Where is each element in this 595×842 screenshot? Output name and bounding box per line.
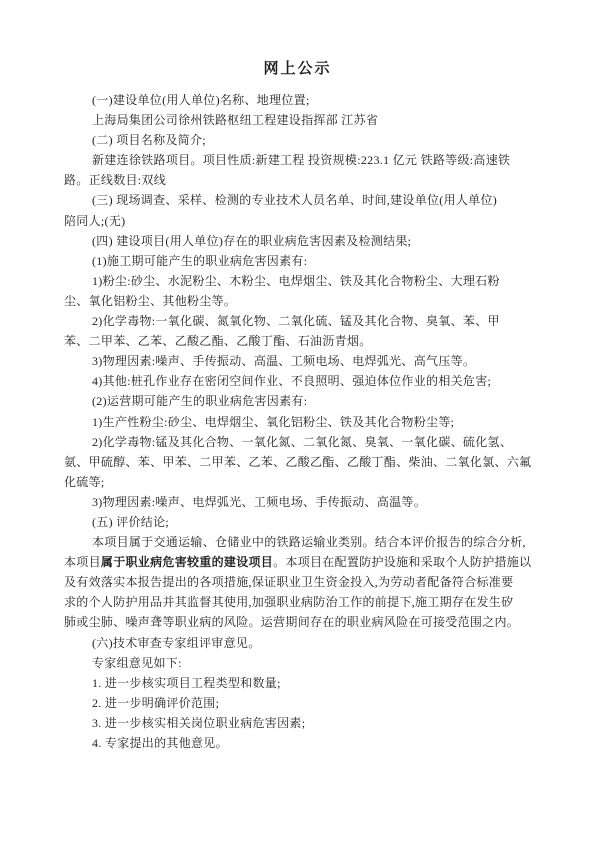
document-body: (一)建设单位(用人单位)名称、地理位置;上海局集团公司徐州铁路枢纽工程建设指挥… (64, 90, 536, 753)
text-run: 上海局集团公司徐州铁路枢纽工程建设指挥部 江苏省 (92, 113, 378, 127)
text-line: 苯、二甲苯、乙苯、乙酸乙酯、乙酸丁酯、石油沥青烟。 (64, 331, 536, 351)
text-run: (二) 项目名称及简介; (92, 133, 206, 147)
text-run: 陪同人;(无) (64, 214, 125, 228)
text-line: (二) 项目名称及简介; (64, 130, 536, 150)
text-run: 尘、氧化铝粉尘、其他粉尘等。 (64, 294, 236, 308)
text-run: (三) 现场调查、采样、检测的专业技术人员名单、时间,建设单位(用人单位) (92, 193, 497, 207)
text-line: 本项目属于交通运输、仓储业中的铁路运输业类别。结合本评价报告的综合分析, (64, 532, 536, 552)
text-line: 尘、氧化铝粉尘、其他粉尘等。 (64, 291, 536, 311)
text-run: (2)运营期可能产生的职业病危害因素有: (92, 394, 307, 408)
text-line: 3. 进一步核实相关岗位职业病危害因素; (64, 713, 536, 733)
text-run: 求的个人防护用品并其监督其使用,加强职业病防治工作的前提下,施工期存在发生矽 (64, 595, 513, 609)
text-run: 2. 进一步明确评价范围; (92, 696, 219, 710)
text-line: 及有效落实本报告提出的各项措施,保证职业卫生资金投入,为劳动者配备符合标准要 (64, 572, 536, 592)
text-line: 求的个人防护用品并其监督其使用,加强职业病防治工作的前提下,施工期存在发生矽 (64, 592, 536, 612)
text-run: (四) 建设项目(用人单位)存在的职业病危害因素及检测结果; (92, 234, 411, 248)
bold-text-run: 属于职业病危害较重的建设项目 (101, 555, 273, 569)
text-line: (2)运营期可能产生的职业病危害因素有: (64, 391, 536, 411)
text-line: 肺或尘肺、噪声聋等职业病的风险。运营期间存在的职业病风险在可接受范围之内。 (64, 612, 536, 632)
text-line: (四) 建设项目(用人单位)存在的职业病危害因素及检测结果; (64, 231, 536, 251)
text-run: 路。正线数目:双线 (64, 173, 166, 187)
text-line: 上海局集团公司徐州铁路枢纽工程建设指挥部 江苏省 (64, 110, 536, 130)
page-title: 网上公示 (0, 57, 595, 78)
text-run: (一)建设单位(用人单位)名称、地理位置; (92, 93, 310, 107)
text-run: 3)物理因素:噪声、电焊弧光、工频电场、手传振动、高温等。 (92, 495, 426, 509)
text-line: (一)建设单位(用人单位)名称、地理位置; (64, 90, 536, 110)
text-line: 专家组意见如下: (64, 653, 536, 673)
text-line: 新建连徐铁路项目。项目性质:新建工程 投资规模:223.1 亿元 铁路等级:高速… (64, 150, 536, 170)
text-run: 专家组意见如下: (92, 656, 182, 670)
text-line: 2. 进一步明确评价范围; (64, 693, 536, 713)
document-page: 网上公示 (一)建设单位(用人单位)名称、地理位置;上海局集团公司徐州铁路枢纽工… (0, 0, 595, 842)
text-line: 本项目属于职业病危害较重的建设项目。本项目在配置防护设施和采取个人防护措施以 (64, 552, 536, 572)
text-run: 及有效落实本报告提出的各项措施,保证职业卫生资金投入,为劳动者配备符合标准要 (64, 575, 513, 589)
text-line: (1)施工期可能产生的职业病危害因素有: (64, 251, 536, 271)
text-run: 新建连徐铁路项目。项目性质:新建工程 投资规模:223.1 亿元 铁路等级:高速… (92, 153, 510, 167)
text-run: 本项目 (64, 555, 101, 569)
text-line: 3)物理因素:噪声、电焊弧光、工频电场、手传振动、高温等。 (64, 492, 536, 512)
text-run: 肺或尘肺、噪声聋等职业病的风险。运营期间存在的职业病风险在可接受范围之内。 (64, 615, 519, 629)
text-line: 氨、甲硫醇、苯、甲苯、二甲苯、乙苯、乙酸乙酯、乙酸丁酯、柴油、二氧化氯、六氟 (64, 452, 536, 472)
text-run: 3)物理因素:噪声、手传振动、高温、工频电场、电焊弧光、高气压等。 (92, 354, 475, 368)
text-run: 苯、二甲苯、乙苯、乙酸乙酯、乙酸丁酯、石油沥青烟。 (64, 334, 372, 348)
text-run: 化硫等; (64, 475, 105, 489)
text-line: (六)技术审查专家组评审意见。 (64, 633, 536, 653)
text-line: 路。正线数目:双线 (64, 170, 536, 190)
text-line: 1)粉尘:砂尘、水泥粉尘、木粉尘、电焊烟尘、铁及其化合物粉尘、大理石粉 (64, 271, 536, 291)
text-run: 2)化学毒物:锰及其化合物、一氧化氮、二氧化氮、臭氧、一氧化碳、硫化氢、 (92, 435, 512, 449)
text-run: (五) 评价结论; (92, 515, 169, 529)
text-run: 2)化学毒物:一氧化碳、氮氧化物、二氧化硫、锰及其化合物、臭氧、苯、甲 (92, 314, 500, 328)
text-run: 氨、甲硫醇、苯、甲苯、二甲苯、乙苯、乙酸乙酯、乙酸丁酯、柴油、二氧化氯、六氟 (64, 455, 531, 469)
text-line: 化硫等; (64, 472, 536, 492)
text-run: 3. 进一步核实相关岗位职业病危害因素; (92, 716, 305, 730)
text-line: 4)其他:桩孔作业存在密闭空间作业、不良照明、强迫体位作业的相关危害; (64, 371, 536, 391)
text-line: (五) 评价结论; (64, 512, 536, 532)
text-line: 3)物理因素:噪声、手传振动、高温、工频电场、电焊弧光、高气压等。 (64, 351, 536, 371)
text-run: 本项目属于交通运输、仓储业中的铁路运输业类别。结合本评价报告的综合分析, (92, 535, 526, 549)
text-run: (1)施工期可能产生的职业病危害因素有: (92, 254, 307, 268)
text-run: 1. 进一步核实项目工程类型和数量; (92, 676, 281, 690)
text-line: 4. 专家提出的其他意见。 (64, 733, 536, 753)
text-run: 4. 专家提出的其他意见。 (92, 736, 228, 750)
text-run: 1)粉尘:砂尘、水泥粉尘、木粉尘、电焊烟尘、铁及其化合物粉尘、大理石粉 (92, 274, 500, 288)
text-line: 1. 进一步核实项目工程类型和数量; (64, 673, 536, 693)
text-run: 4)其他:桩孔作业存在密闭空间作业、不良照明、强迫体位作业的相关危害; (92, 374, 491, 388)
text-line: 1)生产性粉尘:砂尘、电焊烟尘、氧化铝粉尘、铁及其化合物粉尘等; (64, 412, 536, 432)
text-line: 2)化学毒物:一氧化碳、氮氧化物、二氧化硫、锰及其化合物、臭氧、苯、甲 (64, 311, 536, 331)
text-line: 2)化学毒物:锰及其化合物、一氧化氮、二氧化氮、臭氧、一氧化碳、硫化氢、 (64, 432, 536, 452)
text-run: 1)生产性粉尘:砂尘、电焊烟尘、氧化铝粉尘、铁及其化合物粉尘等; (92, 415, 454, 429)
text-run: 。本项目在配置防护设施和采取个人防护措施以 (273, 555, 531, 569)
text-line: (三) 现场调查、采样、检测的专业技术人员名单、时间,建设单位(用人单位) (64, 190, 536, 210)
text-run: (六)技术审查专家组评审意见。 (92, 636, 261, 650)
text-line: 陪同人;(无) (64, 211, 536, 231)
